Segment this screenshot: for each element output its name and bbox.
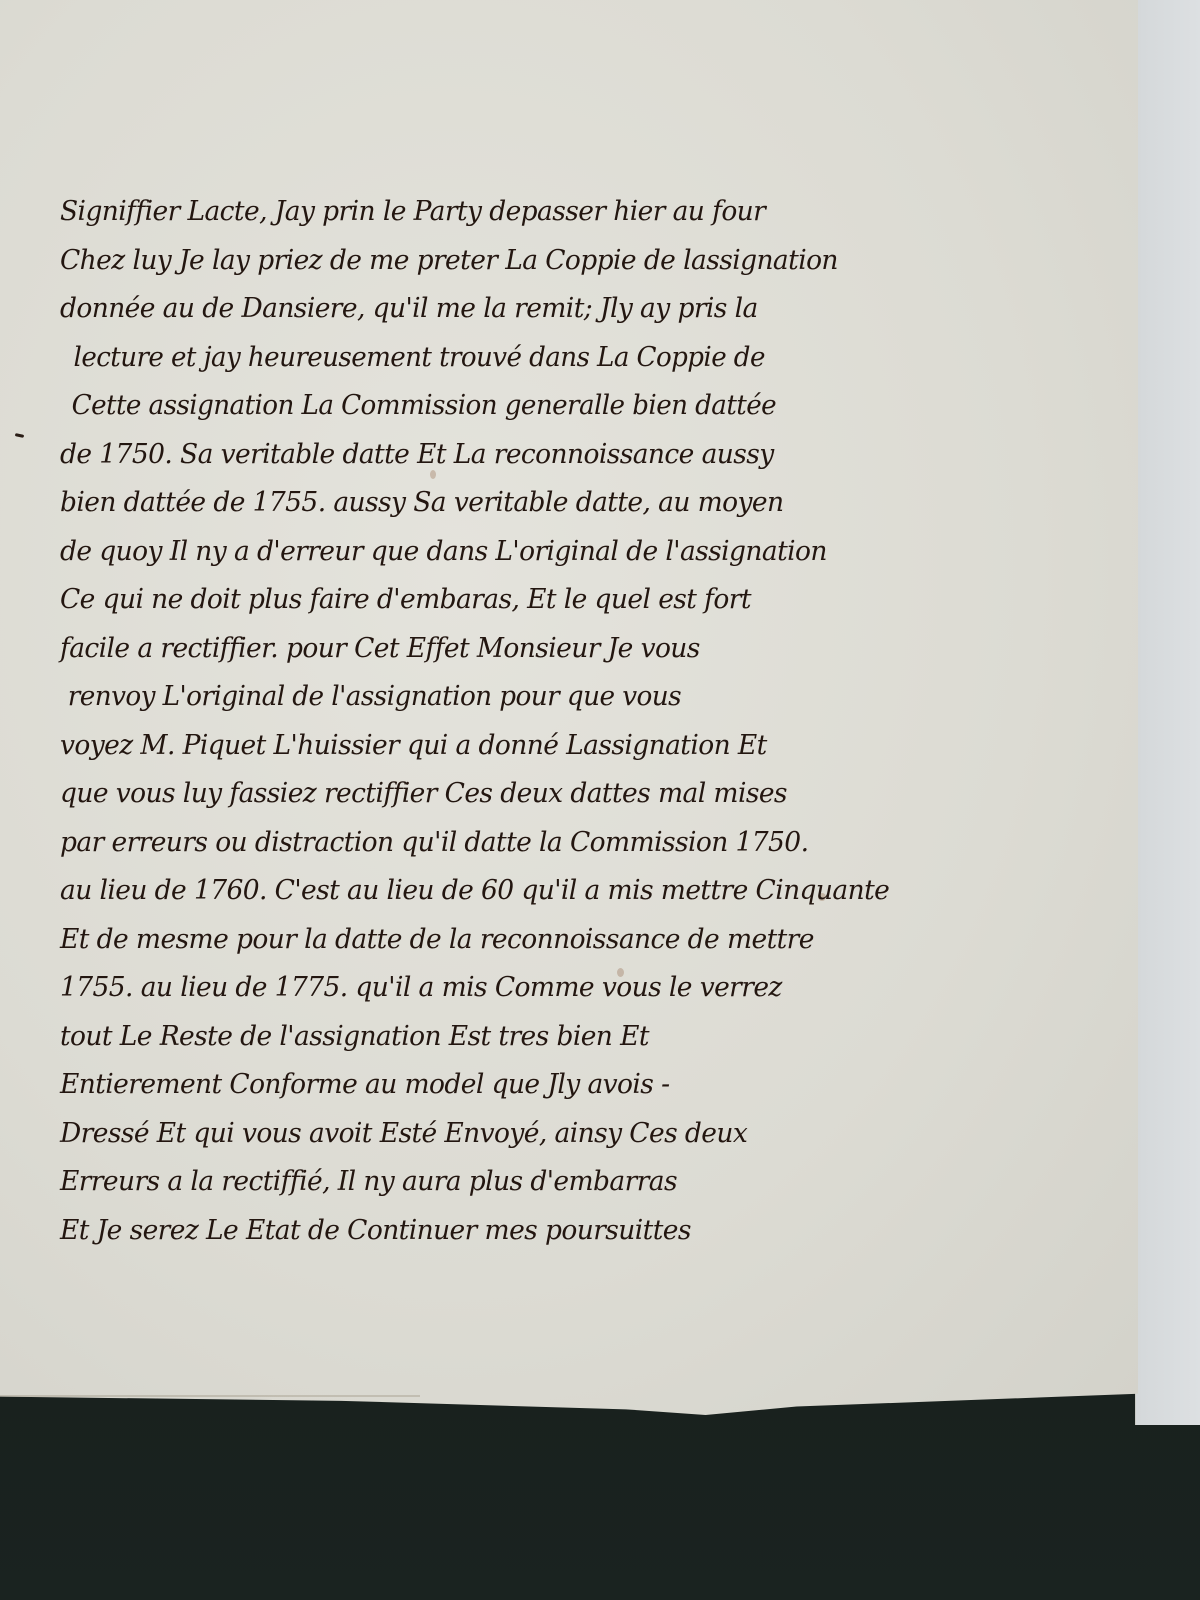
text-line: Chez luy Je lay priez de me preter La Co… bbox=[60, 237, 1100, 286]
text-line: Entierement Conforme au model que Jly av… bbox=[60, 1061, 1100, 1110]
text-line: donnée au de Dansiere, qu'il me la remit… bbox=[60, 285, 1100, 334]
manuscript-page: Signiffier Lacte, Jay prin le Party depa… bbox=[0, 0, 1138, 1415]
text-line: Signiffier Lacte, Jay prin le Party depa… bbox=[60, 188, 1100, 237]
text-line: bien dattée de 1755. aussy Sa veritable … bbox=[60, 479, 1100, 528]
text-line: tout Le Reste de l'assignation Est tres … bbox=[60, 1013, 1100, 1062]
text-line: Ce qui ne doit plus faire d'embaras, Et … bbox=[60, 576, 1100, 625]
handwritten-text: Signiffier Lacte, Jay prin le Party depa… bbox=[60, 188, 1120, 1255]
text-line: que vous luy fassiez rectiffier Ces deux… bbox=[60, 770, 1100, 819]
text-line: Dressé Et qui vous avoit Esté Envoyé, ai… bbox=[60, 1110, 1100, 1159]
text-line: voyez M. Piquet L'huissier qui a donné L… bbox=[60, 722, 1100, 771]
text-line: facile a rectiffier. pour Cet Effet Mons… bbox=[60, 625, 1100, 674]
text-line: de quoy Il ny a d'erreur que dans L'orig… bbox=[60, 528, 1100, 577]
margin-ink-mark bbox=[15, 433, 24, 438]
text-line: de 1750. Sa veritable datte Et La reconn… bbox=[60, 431, 1100, 480]
paper-crease bbox=[0, 1395, 420, 1397]
text-line: 1755. au lieu de 1775. qu'il a mis Comme… bbox=[60, 964, 1100, 1013]
second-sheet-edge bbox=[1135, 0, 1200, 1425]
text-line: au lieu de 1760. C'est au lieu de 60 qu'… bbox=[60, 867, 1100, 916]
text-line: Cette assignation La Commission generall… bbox=[60, 382, 1088, 431]
text-line: Et Je serez Le Etat de Continuer mes pou… bbox=[60, 1207, 1100, 1256]
text-line: Erreurs a la rectiffié, Il ny aura plus … bbox=[60, 1158, 1100, 1207]
text-line: par erreurs ou distraction qu'il datte l… bbox=[60, 819, 1100, 868]
text-line: Et de mesme pour la datte de la reconnoi… bbox=[60, 916, 1100, 965]
text-line: lecture et jay heureusement trouvé dans … bbox=[60, 334, 1086, 383]
text-line: renvoy L'original de l'assignation pour … bbox=[60, 673, 1092, 722]
